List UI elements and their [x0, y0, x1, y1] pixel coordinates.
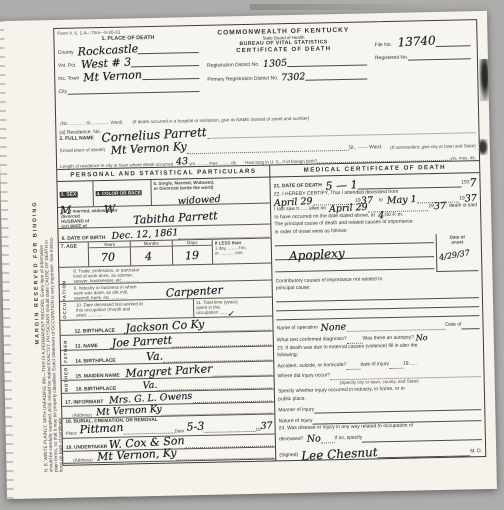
burial-date-label: Date [175, 428, 185, 433]
marital-label-2: or Divorced (write the word) [154, 184, 268, 191]
informant-line [193, 394, 273, 404]
cause-of-death-value: Apoplexy [289, 246, 345, 263]
test-line [347, 335, 363, 344]
father-name-value: Joe Parrett [112, 334, 173, 350]
external-text-2: following: [277, 352, 298, 360]
contributory-area: Contributory causes of importance not re… [276, 274, 480, 320]
age-years-field: Years 70 [89, 241, 131, 266]
physician-address-value: Mt Vernon, Ky. [304, 463, 393, 466]
inc-town-line [142, 70, 199, 81]
filed-date-value: 6 / 7 [93, 465, 118, 466]
torn-edge-artifact [0, 21, 14, 499]
saw-year-value: 37 [434, 203, 446, 211]
city-line [67, 83, 200, 95]
father-name-label: 13. NAME [75, 343, 98, 349]
date-of-onset-box: Date of onset 4/29/37 [436, 233, 479, 272]
specify-text-2: public place. [278, 395, 306, 403]
length-value: 43 [176, 156, 189, 168]
abode-hint: (Usual place of abode) [60, 147, 105, 153]
date-of-death-year-prefix: 193 [461, 180, 470, 188]
primary-district-label: Primary Registration District No. [207, 75, 278, 82]
medical-column: 21. DATE OF DEATH 5 — 1 193 7 22. I HERE… [270, 173, 485, 466]
registration-district-label: Registration District No. [207, 62, 260, 69]
signed-line [377, 445, 470, 458]
injury-date-line [389, 361, 403, 369]
form-body: OCCUPATION FATHER MOTHER 3. SEX M 4. COL… [57, 173, 485, 466]
date-of-death-value: 5 — 1 [326, 182, 358, 191]
informant-label: 17. INFORMANT [65, 399, 103, 406]
age-days-field: Days 19 [173, 240, 213, 265]
age-days-value: 19 [185, 249, 200, 263]
burial-place-label: Place [66, 431, 77, 436]
age-days-label: Days [173, 240, 212, 247]
certify-to-value: May 1 [387, 196, 417, 205]
injury-date-label: date of injury [360, 361, 389, 369]
certify-to-label: to [379, 197, 383, 205]
file-no-field: File No. 13740 [374, 30, 470, 48]
birthplace-line [204, 321, 271, 332]
certify-from-value: April 29 [274, 198, 313, 208]
length-units: yrs. ........ mos. ........ ds. [189, 160, 237, 166]
certificate-paper: MARGIN RESERVED FOR BINDING N. B. WRITE … [0, 11, 497, 499]
age-field: 7. AGE [59, 242, 89, 267]
age-less-field: If LESS than 1 day, ........ hrs. or ...… [213, 238, 271, 256]
age-label: 7. AGE [61, 243, 86, 250]
operation-label: Name of operation [277, 325, 318, 333]
file-number-block: File No. 13740 Registered No. [366, 20, 478, 110]
burial-date-line [205, 424, 256, 433]
father-birthplace-label: 14. BIRTHPLACE [75, 358, 116, 365]
md-label: M. D. [470, 448, 482, 456]
registered-no-label: Registered No. [375, 55, 408, 62]
city-label: City [58, 89, 67, 95]
residence-label: (a) Residence. No. [59, 129, 101, 136]
precinct-line [131, 57, 199, 68]
scanned-death-certificate: MARGIN RESERVED FOR BINDING N. B. WRITE … [0, 0, 504, 510]
file-no-label: File No. [375, 42, 392, 48]
place-of-death-block: Form V. S. 1-A—75m—8-30-33 1. PLACE OF D… [54, 26, 202, 117]
sex-label: 3. SEX [60, 192, 78, 198]
dob-label: 6. DATE OF BIRTH [62, 235, 106, 242]
precinct-label: Vot. Pct. [58, 63, 77, 69]
scan-artifact-top [250, 4, 450, 10]
death-certificate-form: Form V. S. 1-A—75m—8-30-33 1. PLACE OF D… [53, 19, 486, 466]
county-line [138, 44, 199, 55]
date-of-death-year-value: 7 [469, 179, 476, 187]
registration-district-field: Registration District No. 1305 [207, 54, 367, 68]
age-years-value: 70 [101, 251, 116, 265]
burial-year-value: 37 [260, 420, 273, 432]
age-months-label: Months [131, 241, 172, 248]
ward-hint: St., —— Ward. [349, 144, 383, 151]
age-months-value: 4 [145, 250, 153, 263]
mother-birthplace-value: Va. [142, 380, 157, 392]
operation-date-line [461, 320, 479, 330]
primary-district-value: 7302 [281, 71, 306, 83]
race-label: 4. COLOR OR RACE [96, 190, 142, 196]
related-text-2: deceased? [279, 436, 304, 444]
spouse-value: Tabitha Parrett [133, 209, 218, 227]
injury-year: 19...... [403, 361, 417, 369]
certify-to-year-value: 37 [465, 195, 477, 203]
personal-column: OCCUPATION FATHER MOTHER 3. SEX M 4. COL… [57, 177, 276, 465]
physician-signature: Lee Chesnut [301, 449, 378, 461]
saw-value: April 29 [329, 204, 368, 214]
registrar-signature: S. Bowman [167, 462, 230, 466]
undertaker-address-label: (Address) [73, 457, 93, 462]
county-label: County [58, 50, 74, 56]
registration-district-value: 1305 [262, 58, 287, 70]
title-block: COMMONWEALTH OF KENTUCKY State Board of … [200, 22, 368, 113]
contributory-text-2: principal cause: [276, 285, 311, 293]
registration-district-line [287, 58, 367, 68]
certify-paragraph: 22. I HEREBY CERTIFY, That I attended de… [274, 187, 478, 237]
last-worked-3: year) ............ [76, 310, 191, 317]
onset-label-2: onset [439, 239, 476, 245]
foreign-units: yrs. mos. ds. [450, 155, 476, 161]
ink-blot-artifact [479, 59, 489, 101]
mother-maiden-line [213, 366, 272, 377]
primary-district-line [306, 72, 368, 81]
cause-lines: Apoplexy [275, 234, 435, 275]
if-so-label: If so, specify [334, 435, 362, 443]
burial-place-line [124, 426, 175, 435]
informant-address-label: (Address) [72, 412, 92, 417]
accident-label: Accident, suicide, or homicide? [277, 362, 346, 371]
onset-value: 4/29/37 [439, 248, 471, 262]
inc-town-label: Inc. Town [58, 75, 79, 81]
age-months-field: Months 4 [131, 241, 173, 266]
registered-no-field: Registered No. [375, 46, 471, 61]
file-no-line [436, 35, 471, 47]
related-value: No [306, 435, 320, 443]
physician-address-line [393, 460, 483, 466]
signed-label: (Signed) [279, 452, 298, 460]
date-of-death-line [358, 177, 462, 189]
birthplace-label: 12. BIRTHPLACE [75, 328, 116, 335]
accident-line [346, 362, 360, 370]
manner-label: Manner of injury [278, 406, 314, 414]
where-injury-label: Where did injury occur? [278, 373, 331, 382]
mother-maiden-label: 15. MAIDEN NAME [75, 373, 119, 380]
industry-value: Carpenter [165, 284, 223, 300]
age-years-label: Years [89, 241, 130, 248]
primary-district-field: Primary Registration District No. 7302 [207, 68, 367, 82]
operation-date-label: Date of [445, 322, 461, 330]
related-line [320, 435, 334, 443]
burial-place-value: Pittman [80, 421, 125, 436]
mother-birthplace-label: 16. BIRTHPLACE [76, 386, 117, 393]
hour-value: 4 [378, 212, 384, 220]
burial-date-value: 5-3 [187, 420, 205, 434]
father-birthplace-value: Va. [145, 350, 163, 364]
age-less-3: or ........... min. [215, 250, 269, 256]
form-header: Form V. S. 1-A—75m—8-30-33 1. PLACE OF D… [54, 20, 478, 117]
race-field: 4. COLOR OR RACE W [93, 180, 152, 206]
last-worked-field: 10. Date deceased last worked at this oc… [74, 299, 194, 320]
cause-of-death-area: Apoplexy Date of onset 4/29/37 [275, 233, 479, 275]
operation-value: None [321, 324, 347, 333]
registered-no-line [408, 50, 471, 61]
file-no-value: 13740 [397, 33, 436, 49]
sex-field: 3. SEX M [57, 181, 94, 207]
autopsy-value: No [416, 334, 428, 342]
